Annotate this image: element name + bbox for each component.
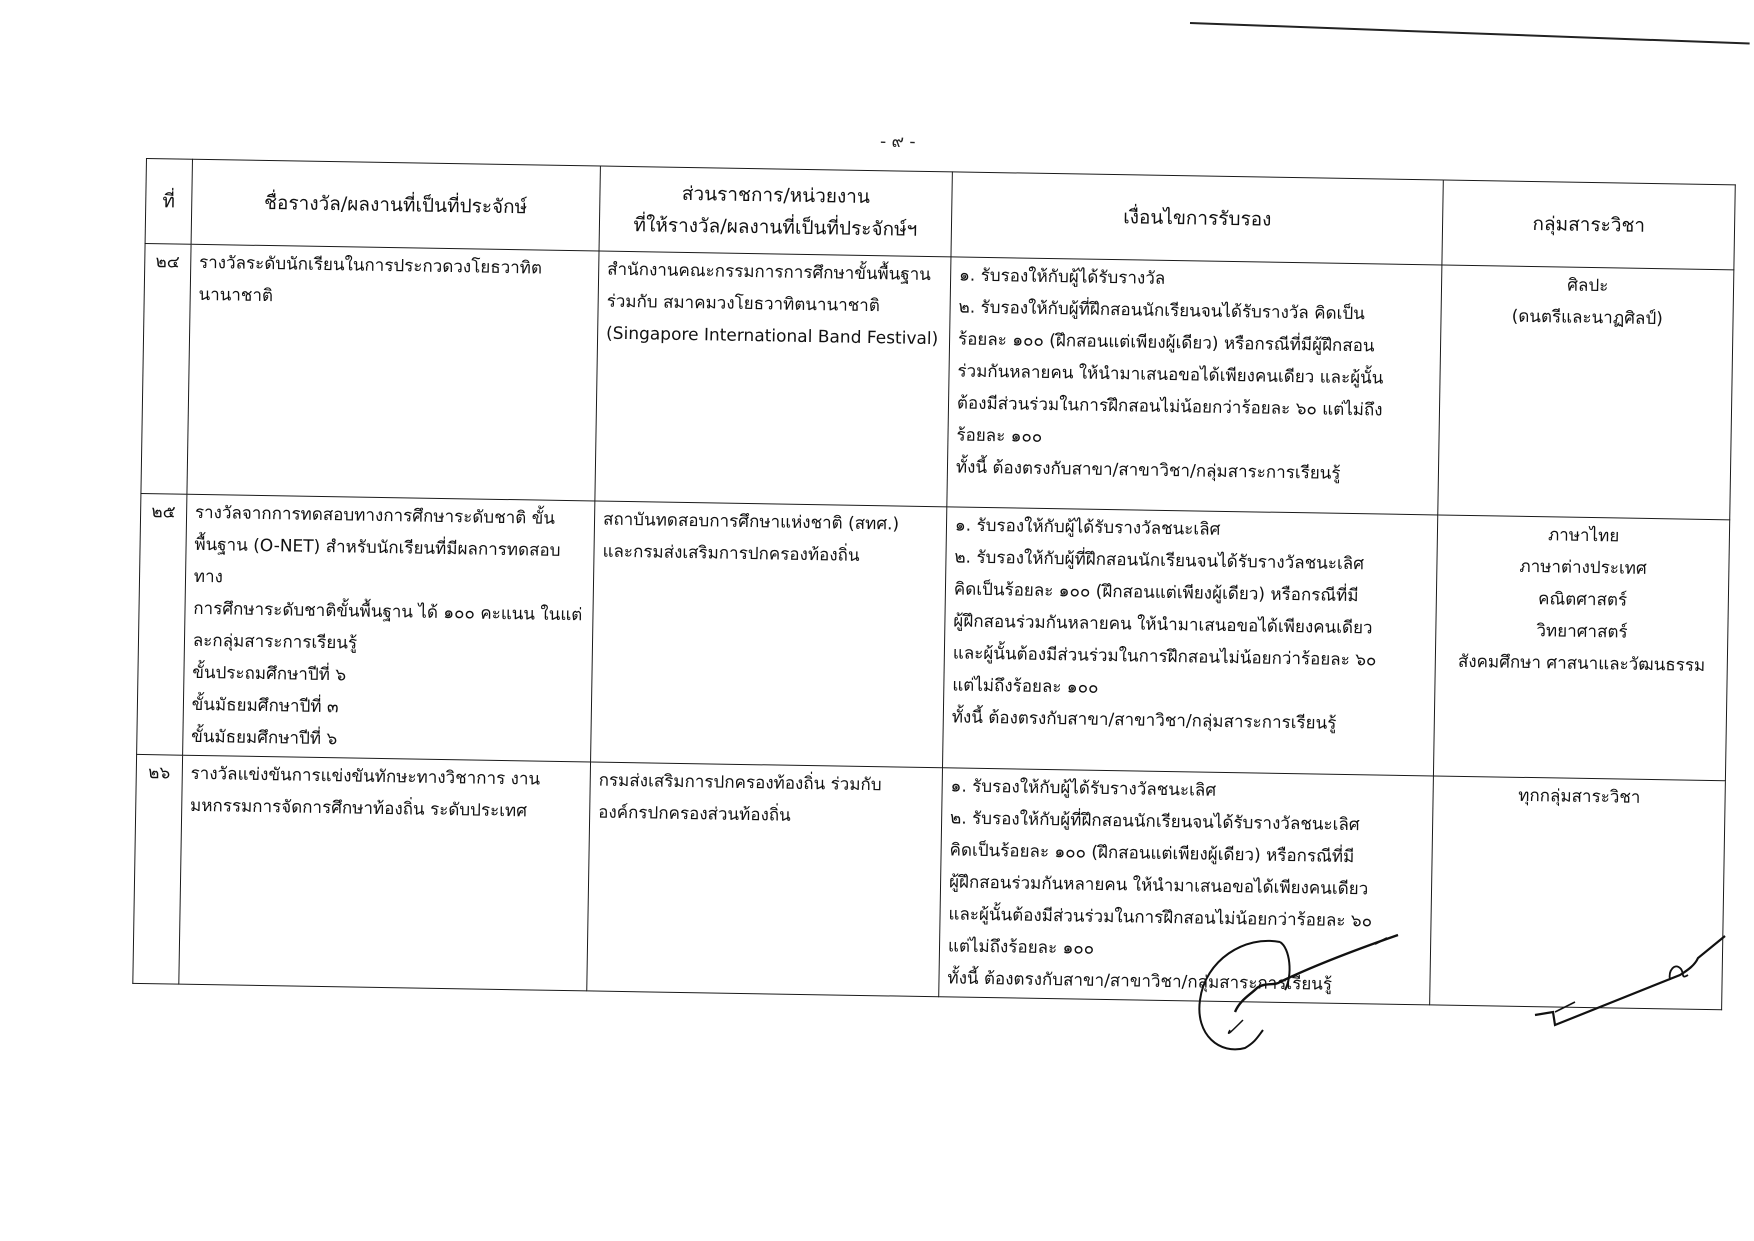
cell-award-name: รางวัลจากการทดสอบทางการศึกษาระดับชาติ ขั… [182, 494, 594, 762]
cell-agency-line: (Singapore International Band Festival) [606, 318, 941, 356]
header-agency: ส่วนราชการ/หน่วยงาน ที่ให้รางวัล/ผลงานที… [599, 166, 952, 257]
handwritten-signature-icon [1185, 930, 1405, 1070]
table-row: ๒๔รางวัลระดับนักเรียนในการประกวดวงโยธวาท… [141, 243, 1734, 519]
cell-subject-group-line: สังคมศึกษา ศาสนาและวัฒนธรรม [1444, 646, 1719, 683]
cell-subject-group: ภาษาไทยภาษาต่างประเทศคณิตศาสตร์วิทยาศาสต… [1434, 515, 1730, 781]
header-no: ที่ [145, 159, 192, 245]
cell-subject-group-line: วิทยาศาสตร์ [1445, 614, 1720, 651]
cell-subject-group-line: คณิตศาสตร์ [1445, 582, 1720, 619]
cell-no: ๒๔ [141, 243, 191, 494]
cell-agency-line: องค์กรปกครองส่วนท้องถิ่น [598, 797, 933, 835]
cell-subject-group-line: ภาษาต่างประเทศ [1446, 550, 1721, 587]
cell-award-name-line: มหกรรมการจัดการศึกษาท้องถิ่น ระดับประเทศ [190, 790, 582, 828]
cell-subject-group: ศิลปะ(ดนตรีและนาฏศิลป์) [1438, 265, 1734, 520]
cell-agency: สำนักงานคณะกรรมการการศึกษาขั้นพื้นฐานร่ว… [595, 251, 951, 507]
awards-table: ที่ ชื่อรางวัล/ผลงานที่เป็นที่ประจักษ์ ส… [132, 158, 1735, 1010]
handwritten-initials-icon [1530, 930, 1730, 1040]
cell-subject-group-line: ทุกกลุ่มสาระวิชา [1442, 779, 1717, 816]
header-conditions: เงื่อนไขการรับรอง [951, 172, 1444, 265]
table-row: ๒๖รางวัลแข่งขันการแข่งขันทักษะทางวิชาการ… [133, 754, 1726, 1009]
scan-edge-line [1190, 22, 1750, 45]
document-table-container: ที่ ชื่อรางวัล/ผลงานที่เป็นที่ประจักษ์ ส… [132, 158, 1735, 1010]
cell-award-name-line: ขั้นมัธยมศึกษาปีที่ ๖ [191, 721, 583, 759]
header-agency-line2: ที่ให้รางวัล/ผลงานที่เป็นที่ประจักษ์ฯ [606, 209, 945, 247]
cell-agency: สถาบันทดสอบการศึกษาแห่งชาติ (สทศ.)และกรม… [591, 501, 947, 768]
cell-award-name: รางวัลแข่งขันการแข่งขันทักษะทางวิชาการ ง… [179, 755, 591, 991]
cell-subject-group-line: (ดนตรีและนาฏศิลป์) [1450, 300, 1725, 337]
cell-conditions: ๑. รับรองให้กับผู้ได้รับรางวัล๒. รับรองใ… [947, 257, 1443, 515]
cell-agency: กรมส่งเสริมการปกครองท้องถิ่น ร่วมกับองค์… [587, 762, 943, 997]
cell-award-name: รางวัลระดับนักเรียนในการประกวดวงโยธวาทิต… [187, 244, 599, 501]
cell-conditions-line: ทั้งนี้ ต้องตรงกับสาขา/สาขาวิชา/กลุ่มสาร… [956, 451, 1431, 491]
cell-subject-group-line: ศิลปะ [1450, 268, 1725, 305]
cell-subject-group-line: ภาษาไทย [1446, 518, 1721, 555]
cell-award-name-line: นานาชาติ [198, 279, 590, 317]
cell-conditions: ๑. รับรองให้กับผู้ได้รับรางวัลชนะเลิศ๒. … [942, 507, 1438, 776]
cell-conditions-line: ทั้งนี้ ต้องตรงกับสาขา/สาขาวิชา/กลุ่มสาร… [952, 701, 1427, 741]
page-number: - ๙ - [880, 128, 916, 155]
cell-award-name-line: พื้นฐาน (O-NET) สำหรับนักเรียนที่มีผลการ… [194, 529, 586, 599]
header-award-name: ชื่อรางวัล/ผลงานที่เป็นที่ประจักษ์ [191, 159, 601, 251]
cell-no: ๒๕ [137, 493, 187, 755]
cell-agency-line: และกรมส่งเสริมการปกครองท้องถิ่น [602, 536, 937, 574]
table-row: ๒๕รางวัลจากการทดสอบทางการศึกษาระดับชาติ … [137, 493, 1730, 780]
header-subject-group: กลุ่มสาระวิชา [1442, 180, 1735, 270]
cell-no: ๒๖ [133, 754, 183, 984]
